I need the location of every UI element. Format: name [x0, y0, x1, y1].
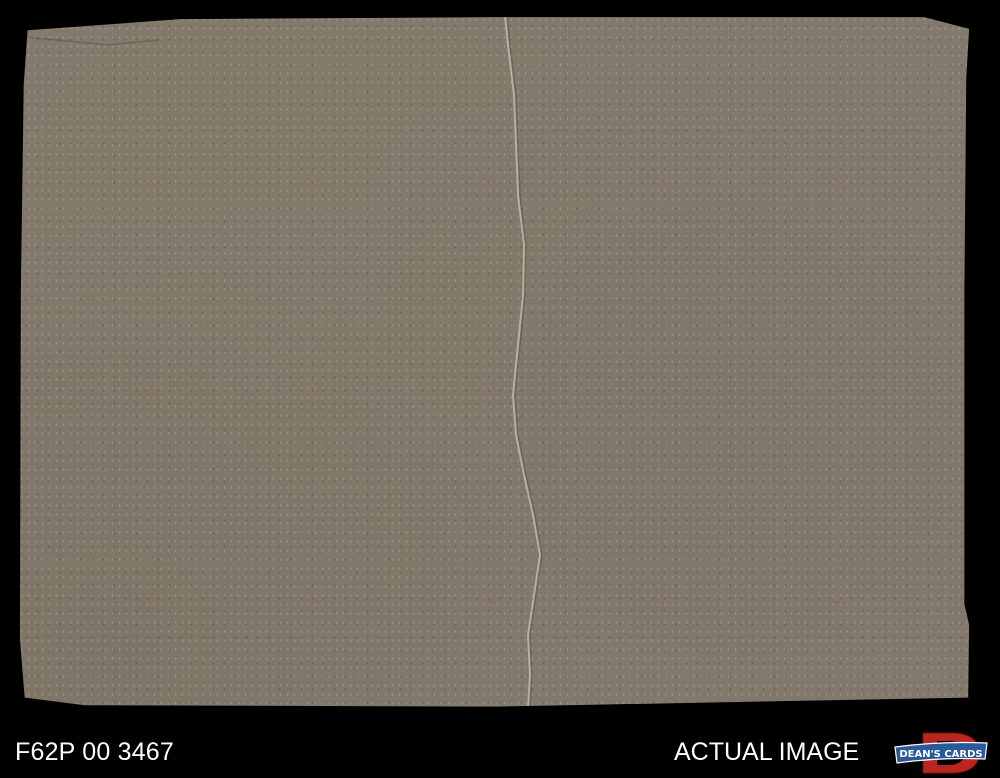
deans-cards-logo: DEAN'S CARDS: [893, 731, 989, 775]
actual-image-label: ACTUAL IMAGE: [674, 738, 859, 767]
card-back-photo: [18, 15, 972, 708]
logo-text: DEAN'S CARDS: [899, 749, 982, 760]
item-code: F62P 00 3467: [15, 738, 174, 767]
crease-line: [18, 15, 972, 708]
